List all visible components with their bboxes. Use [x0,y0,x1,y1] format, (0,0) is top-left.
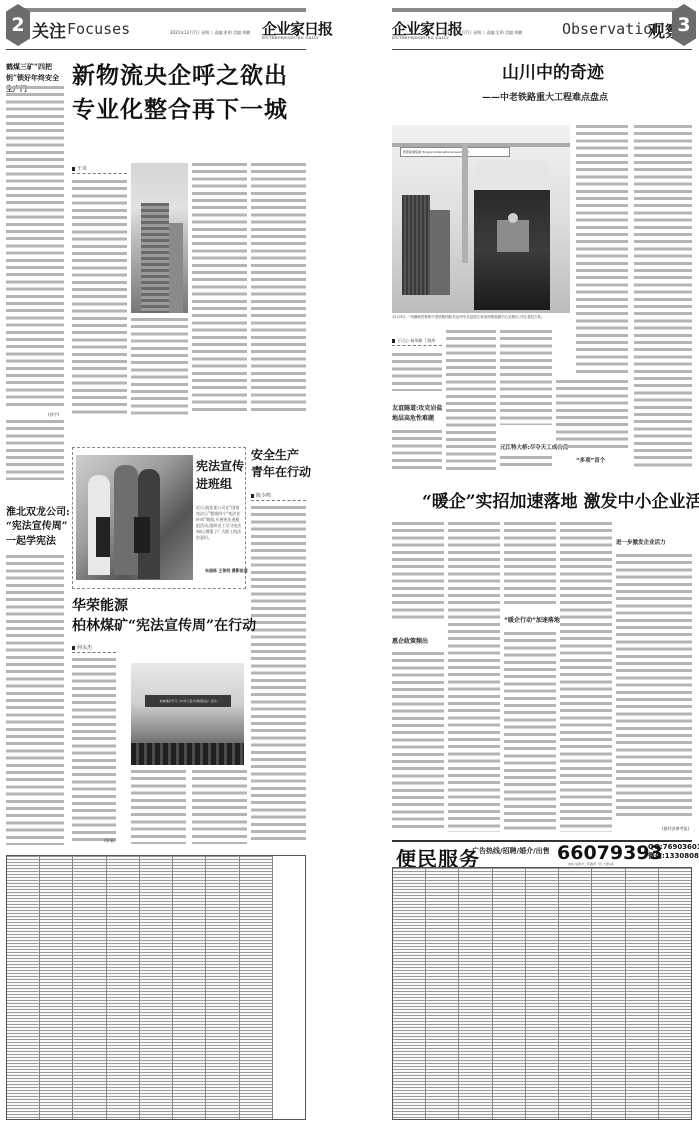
header-rule [6,49,306,50]
rail-byline: 王可心 杨翠峰 丁晓华 [392,338,442,346]
ad-column [626,868,659,1119]
header-rule [392,49,692,50]
feature-headline-line2: “宪法宣传周” [6,520,68,533]
huarong-byline: 何永杰 [72,644,116,653]
safety-text [251,506,306,844]
feature-headline-line1: 淮北双龙公司: [6,506,70,519]
gantry-crane [392,143,570,147]
section-title-en: Observation [562,20,661,38]
service-qq-text: QQ:769036015 [648,843,699,851]
rail-headline: 山川中的奇迹 [502,64,604,84]
photo-box-title-line1: 宪法宣传 [196,458,244,474]
sme-headline: “暖企”实招加速落地 激发中小企业活力 [422,493,699,513]
feature-text [6,555,64,845]
ad-column [140,856,173,1119]
ad-column [240,856,273,1119]
ad-column [459,868,492,1119]
rail-text-col1a [392,353,442,391]
service-phone: 66079393 [557,842,663,864]
sme-subhead-vitality: 进一步激发企业活力 [616,538,666,546]
building-photo [131,163,188,313]
photo-box-title-line2: 进班组 [196,476,232,492]
service-categories: 广告热线/招聘/婚介/出售 [472,846,550,856]
ad-column [526,868,559,1119]
lead-headline-line2: 专业化整合再下一城 [72,97,288,123]
ad-column [393,868,426,1119]
lead-byline: 王卓 [72,165,127,174]
sme-subhead-action: “暖企行动”加速落地 [504,615,560,624]
red-flower [508,213,518,223]
sme-text-col5 [616,554,692,820]
audience [131,743,244,765]
huarong-source: (张瑞) [104,838,115,844]
ad-column [7,856,40,1119]
sme-source: (据经济参考报) [662,826,689,832]
lead-text-col3 [192,163,247,415]
service-wechat-text: 微信:13308082189 [648,852,699,860]
sme-text-col4 [560,522,612,832]
ad-column-notice [273,856,305,1119]
sme-text-col3a [504,522,556,607]
sme-text-col1b [392,652,444,832]
ad-column [107,856,140,1119]
header-bar [392,8,684,12]
shipping-containers [430,210,450,295]
section-title-cn: 关注 [32,17,66,42]
shipping-containers [402,195,430,295]
service-ads-grid [392,867,692,1120]
lead-text-col1 [72,180,127,415]
ad-column [659,868,691,1119]
photo-box-credit: 朱国栋 王智明 摄影报道 [205,568,248,574]
masthead-en: ENTREPRENEURS DAILY [262,35,319,40]
safety-headline-line2: 青年在行动 [251,464,311,480]
right-page: 企业家日报 ENTREPRENEURS DAILY 2021年12月7日 星期二… [350,0,699,1126]
constitution-photo [76,455,193,580]
rail-text-col4 [556,380,628,450]
ad-column [73,856,106,1119]
rail-subhead-tunnel: 友谊隧道:攻克岩盐地层高危性难题 [392,404,444,424]
train-photo: 西部陆港集团 Tongjun International Land Port [392,125,570,313]
ad-column [559,868,592,1119]
dateline: 2021年12月7日 星期二 责编:张明 美编:周鹏 [170,30,250,36]
service-address: 地址:成都市二环路西一段 大厦A座 [568,862,614,866]
train-photo-caption: 12月3日,一列满载货物的中老铁路国际货运列车从昆明王家营西集装箱中心站驶出,开… [392,314,570,320]
sme-subhead-policy: 惠企政策频出 [392,636,428,645]
rail-text-col5 [576,125,628,375]
feature-headline-line3: 一起学宪法 [6,535,56,548]
ceremony-banner [497,220,529,252]
sme-text-col3b [504,632,556,832]
certificate-book [134,517,150,553]
huarong-headline-line2: 柏林煤矿“宪法宣传周”在行动 [72,617,256,635]
ad-column [173,856,206,1119]
photo-box-caption: 近日,皖北某公司在“国家宪法日”暨第四个“宪法宣传周”期间,开展宪法进班组活动,… [196,505,242,563]
dateline: 2021年12月7日 星期二 责编:吴明 美编:周鹏 [442,30,522,36]
huarong-text-col2 [131,770,186,844]
ad-column [426,868,459,1119]
sme-text-col1a [392,522,444,620]
ad-column [493,868,526,1119]
masthead-en: ENTREPRENEURS DAILY [392,35,449,40]
meeting-photo: 柏林煤矿学习《中华人民共和国宪法》活动 [131,663,244,765]
meeting-banner: 柏林煤矿学习《中华人民共和国宪法》活动 [145,695,231,707]
certificate-book [96,517,110,557]
service-qq: QQ:769036015微信:13308082189 [648,843,699,861]
lead-text-col4 [251,163,306,415]
rail-text-col3b [500,456,552,470]
rail-subheadline: ——中老铁路重大工程难点盘点 [482,90,608,103]
rail-text-col1b [392,430,442,472]
lead-text-col2b [131,318,188,415]
section-title-en: Focuses [67,20,130,38]
gantry-leg [462,143,468,263]
building-shape [141,203,169,313]
rail-subhead-firsts: “多项”首个 [576,456,605,464]
rail-text-col3a [500,330,552,425]
page-number-badge: 2 [6,4,30,46]
huarong-headline-line1: 华荣能源 [72,597,128,615]
side-story-text [6,86,64,410]
ad-column [40,856,73,1119]
classified-ads-grid [6,855,306,1120]
rail-text-col2 [446,330,496,472]
left-page: 2 关注 Focuses 2021年12月7日 星期二 责编:张明 美编:周鹏 … [0,0,350,1126]
page-number-badge: 3 [672,4,696,46]
side-story-text-cont [6,420,64,480]
huarong-text-col3 [192,770,247,844]
ad-column [206,856,239,1119]
safety-byline: 陈少鸣 [251,492,306,501]
huarong-text-col1 [72,658,116,844]
safety-headline-line1: 安全生产 [251,447,299,463]
lead-headline-line1: 新物流央企呼之欲出 [72,63,288,89]
ad-column [592,868,625,1119]
port-sign: 西部陆港集团 Tongjun International Land Port [400,147,510,157]
service-banner: 便民服务 广告热线/招聘/婚介/出售 66079393 QQ:769036015… [392,840,692,866]
rail-text-col6 [634,125,692,470]
sme-text-col2 [448,522,500,832]
building-shape-2 [169,223,183,313]
side-story-source: (郭宇) [48,412,59,418]
header-bar [14,8,306,12]
